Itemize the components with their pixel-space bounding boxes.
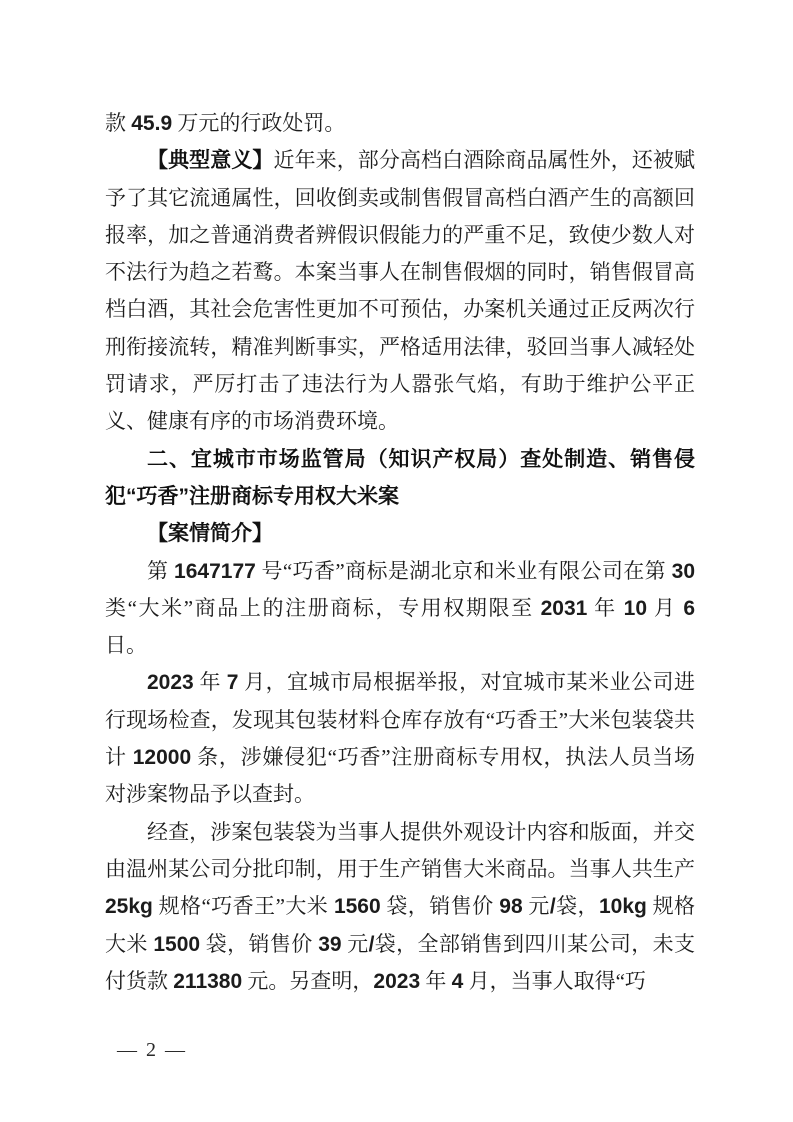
paragraph-trademark-info: 第 1647177 号“巧香”商标是湖北京和米业有限公司在第 30 类“大米”商… bbox=[105, 553, 695, 665]
paragraph-trademark-info-text: 第 1647177 号“巧香”商标是湖北京和米业有限公司在第 30 类“大米”商… bbox=[105, 559, 695, 658]
significance-section-label: 【典型意义】 bbox=[147, 149, 273, 172]
significance-text: 近年来，部分高档白酒除商品属性外，还被赋予了其它流通属性，回收倒卖或制售假冒高档… bbox=[105, 148, 695, 433]
paragraph-inspection: 2023 年 7 月，宜城市局根据举报，对宜城市某米业公司进行现场检查，发现其包… bbox=[105, 664, 695, 813]
brief-section-heading: 【案情简介】 bbox=[105, 515, 695, 552]
document-page: 款 45.9 万元的行政处罚。 【典型意义】近年来，部分高档白酒除商品属性外，还… bbox=[0, 0, 793, 1122]
significance-paragraph: 【典型意义】近年来，部分高档白酒除商品属性外，还被赋予了其它流通属性，回收倒卖或… bbox=[105, 142, 695, 440]
paragraph-investigation-text: 经查，涉案包装袋为当事人提供外观设计内容和版面，并交由温州某公司分批印制，用于生… bbox=[105, 820, 695, 993]
paragraph-investigation: 经查，涉案包装袋为当事人提供外观设计内容和版面，并交由温州某公司分批印制，用于生… bbox=[105, 814, 695, 1000]
page-number: — 2 — bbox=[117, 1039, 187, 1062]
continuation-paragraph: 款 45.9 万元的行政处罚。 bbox=[105, 105, 695, 142]
paragraph-inspection-text: 2023 年 7 月，宜城市局根据举报，对宜城市某米业公司进行现场检查，发现其包… bbox=[105, 670, 695, 806]
continuation-text: 款 45.9 万元的行政处罚。 bbox=[105, 111, 345, 135]
page-body: 款 45.9 万元的行政处罚。 【典型意义】近年来，部分高档白酒除商品属性外，还… bbox=[105, 105, 695, 1000]
case-title-heading: 二、宜城市市场监管局（知识产权局）查处制造、销售侵犯“巧香”注册商标专用权大米案 bbox=[105, 441, 695, 516]
